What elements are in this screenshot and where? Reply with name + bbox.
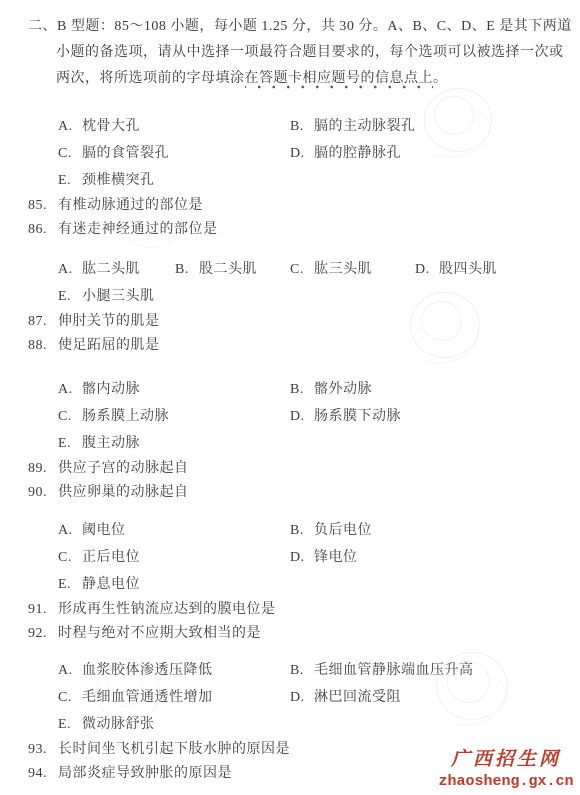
option-text: 负后电位 <box>314 523 372 538</box>
question-text: 长时间坐飞机引起下肢水肿的原因是 <box>58 742 290 757</box>
question-list: 89.供应子宫的动脉起自 90.供应卵巢的动脉起自 <box>28 457 572 504</box>
question-number: 85. <box>28 194 58 218</box>
option-group: A.肱二头肌 B.股二头肌 C.肱三头肌 D.股四头肌 E.小腿三头肌 <box>58 256 572 310</box>
question-number: 93. <box>28 738 58 762</box>
option-letter: A. <box>58 256 82 283</box>
option-text: 腹主动脉 <box>82 436 140 451</box>
exam-paper-page: 二、B 型题：85～108 小题，每小题 1.25 分，共 30 分。A、B、C… <box>0 0 580 795</box>
option-text: 股二头肌 <box>199 262 257 277</box>
option-item: E.小腿三头肌 <box>58 283 175 310</box>
option-letter: B. <box>290 517 314 544</box>
option-letter: E. <box>58 571 82 598</box>
option-item: C.肱三头肌 <box>290 256 415 283</box>
faint-stamp-mark <box>424 88 492 152</box>
option-letter: B. <box>290 657 314 684</box>
question-number: 86. <box>28 218 58 242</box>
question-block-89-90: A.髂内动脉 B.髂外动脉 C.肠系膜上动脉 D.肠系膜下动脉 E.腹主动脉 8… <box>28 376 572 504</box>
faint-stamp-mark <box>96 662 160 722</box>
question-list: 85.有椎动脉通过的部位是 86.有迷走神经通过的部位是 <box>28 194 572 241</box>
question-number: 87. <box>28 310 58 334</box>
option-text: 颈椎横突孔 <box>82 173 155 188</box>
question-text: 时程与绝对不应期大致相当的是 <box>58 626 261 641</box>
option-letter: C. <box>290 256 314 283</box>
option-item: A.阈电位 <box>58 517 290 544</box>
question-text: 伸肘关节的肌是 <box>58 314 160 329</box>
option-text: 淋巴回流受阻 <box>314 690 401 705</box>
option-text: 膈的腔静脉孔 <box>314 146 401 161</box>
option-item: E.静息电位 <box>58 571 290 598</box>
option-item: A.肱二头肌 <box>58 256 175 283</box>
option-text: 髂外动脉 <box>314 382 372 397</box>
question-number: 88. <box>28 334 58 358</box>
option-text: 肱三头肌 <box>314 262 372 277</box>
option-letter: C. <box>58 684 82 711</box>
question-item: 86.有迷走神经通过的部位是 <box>28 218 572 242</box>
question-item: 87.伸肘关节的肌是 <box>28 310 572 334</box>
option-text: 肠系膜上动脉 <box>82 409 169 424</box>
question-number: 91. <box>28 598 58 622</box>
site-watermark: 广西招生网 zhaosheng.gx.cn <box>436 748 576 792</box>
section-header: 二、B 型题：85～108 小题，每小题 1.25 分，共 30 分。A、B、C… <box>28 14 572 92</box>
option-letter: E. <box>58 711 82 738</box>
option-text: 阈电位 <box>82 523 126 538</box>
option-letter: A. <box>58 657 82 684</box>
question-item: 89.供应子宫的动脉起自 <box>28 457 572 481</box>
option-item: B.髂外动脉 <box>290 376 572 403</box>
question-list: 91.形成再生性钠流应达到的膜电位是 92.时程与绝对不应期大致相当的是 <box>28 598 572 645</box>
option-item: A.枕骨大孔 <box>58 113 290 140</box>
option-letter: A. <box>58 113 82 140</box>
option-letter: D. <box>290 403 314 430</box>
option-group: A.枕骨大孔 B.膈的主动脉裂孔 C.膈的食管裂孔 D.膈的腔静脉孔 E.颈椎横… <box>58 113 572 194</box>
option-letter: E. <box>58 283 82 310</box>
option-item: D.淋巴回流受阻 <box>290 684 572 711</box>
option-letter: C. <box>58 140 82 167</box>
option-letter: D. <box>415 256 439 283</box>
option-text: 膈的食管裂孔 <box>82 146 169 161</box>
question-text: 形成再生性钠流应达到的膜电位是 <box>58 602 276 617</box>
option-letter: B. <box>175 256 199 283</box>
question-block-87-88: A.肱二头肌 B.股二头肌 C.肱三头肌 D.股四头肌 E.小腿三头肌 87.伸… <box>28 256 572 357</box>
option-letter: B. <box>290 113 314 140</box>
question-list: 87.伸肘关节的肌是 88.使足跖屈的肌是 <box>28 310 572 357</box>
option-text: 锋电位 <box>314 550 358 565</box>
option-text: 膈的主动脉裂孔 <box>314 119 416 134</box>
option-text: 静息电位 <box>82 577 140 592</box>
question-number: 92. <box>28 622 58 646</box>
faint-stamp-mark <box>410 292 480 358</box>
site-watermark-chinese: 广西招生网 <box>436 748 576 772</box>
option-text: 枕骨大孔 <box>82 119 140 134</box>
faint-stamp-mark <box>436 652 508 720</box>
option-text: 肠系膜下动脉 <box>314 409 401 424</box>
option-letter: D. <box>290 684 314 711</box>
option-text: 小腿三头肌 <box>82 289 155 304</box>
option-letter: D. <box>290 544 314 571</box>
option-letter: A. <box>58 376 82 403</box>
option-item: E.腹主动脉 <box>58 430 290 457</box>
option-item: E.颈椎横突孔 <box>58 167 290 194</box>
option-item: D.股四头肌 <box>415 256 572 283</box>
option-item: E.微动脉舒张 <box>58 711 290 738</box>
question-text: 局部炎症导致肿胀的原因是 <box>58 766 232 781</box>
question-text: 使足跖屈的肌是 <box>58 338 160 353</box>
question-item: 88.使足跖屈的肌是 <box>28 334 572 358</box>
option-letter: D. <box>290 140 314 167</box>
question-number: 89. <box>28 457 58 481</box>
question-item: 91.形成再生性钠流应达到的膜电位是 <box>28 598 572 622</box>
site-watermark-url: zhaosheng.gx.cn <box>436 772 576 792</box>
option-text: 正后电位 <box>82 550 140 565</box>
option-item: B.股二头肌 <box>175 256 290 283</box>
question-item: 85.有椎动脉通过的部位是 <box>28 194 572 218</box>
option-letter: A. <box>58 517 82 544</box>
question-item: 90.供应卵巢的动脉起自 <box>28 481 572 505</box>
option-letter: E. <box>58 167 82 194</box>
faint-stamp-mark <box>120 190 182 248</box>
option-item: B.负后电位 <box>290 517 572 544</box>
option-item: C.肠系膜上动脉 <box>58 403 290 430</box>
question-item: 92.时程与绝对不应期大致相当的是 <box>28 622 572 646</box>
section-header-suffix: 。 <box>433 71 448 86</box>
question-text: 供应卵巢的动脉起自 <box>58 485 189 500</box>
question-block-91-92: A.阈电位 B.负后电位 C.正后电位 D.锋电位 E.静息电位 91.形成再生… <box>28 517 572 645</box>
question-text: 供应子宫的动脉起自 <box>58 461 189 476</box>
question-number: 90. <box>28 481 58 505</box>
option-item: C.正后电位 <box>58 544 290 571</box>
option-item: D.锋电位 <box>290 544 572 571</box>
option-item: C.膈的食管裂孔 <box>58 140 290 167</box>
section-header-emphasized-text: 在答题卡相应题号的信息点上 <box>245 71 434 89</box>
option-letter: B. <box>290 376 314 403</box>
option-item: B.毛细血管静脉端血压升高 <box>290 657 572 684</box>
option-text: 股四头肌 <box>439 262 497 277</box>
option-item: D.肠系膜下动脉 <box>290 403 572 430</box>
option-item: A.髂内动脉 <box>58 376 290 403</box>
option-group: A.阈电位 B.负后电位 C.正后电位 D.锋电位 E.静息电位 <box>58 517 572 598</box>
option-letter: C. <box>58 544 82 571</box>
question-number: 94. <box>28 762 58 786</box>
option-letter: C. <box>58 403 82 430</box>
option-letter: E. <box>58 430 82 457</box>
option-text: 髂内动脉 <box>82 382 140 397</box>
option-text: 肱二头肌 <box>82 262 140 277</box>
option-group: A.髂内动脉 B.髂外动脉 C.肠系膜上动脉 D.肠系膜下动脉 E.腹主动脉 <box>58 376 572 457</box>
option-item: A.血浆胶体渗透压降低 <box>58 657 290 684</box>
